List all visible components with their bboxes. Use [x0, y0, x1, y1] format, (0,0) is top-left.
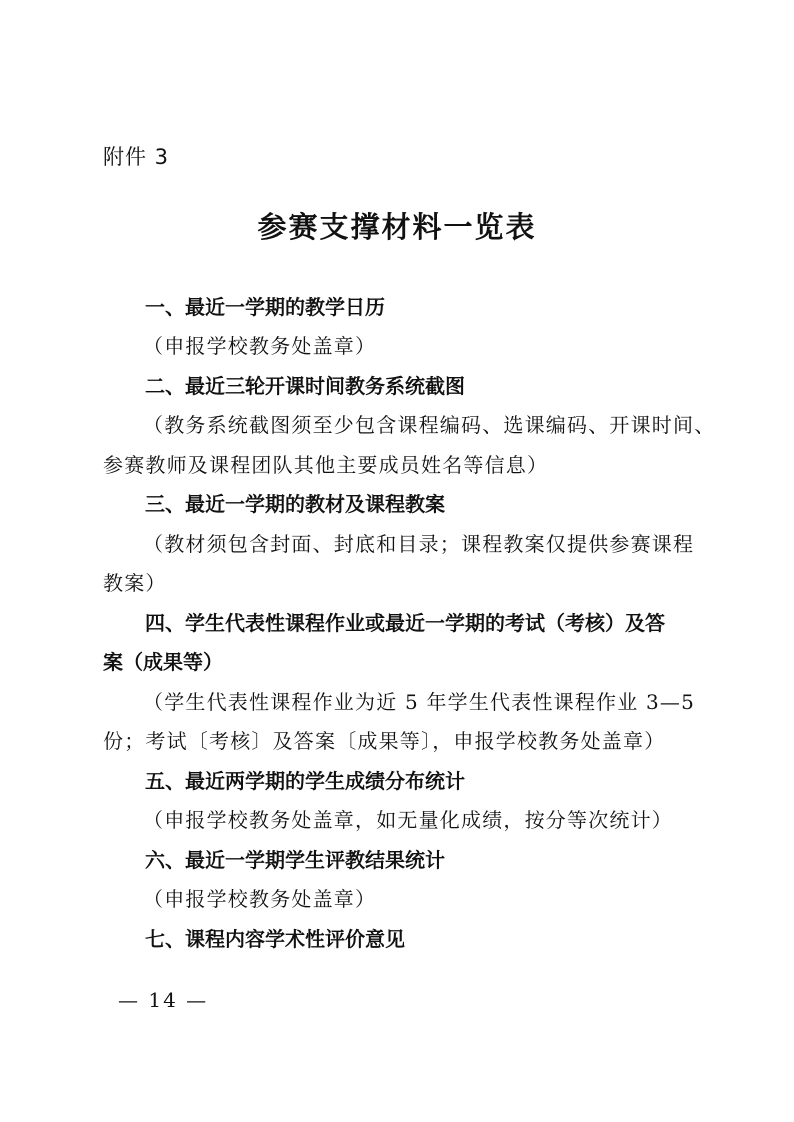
section-note-4-cont: 份；考试〔考核〕及答案〔成果等〕，申报学校教务处盖章）: [103, 726, 703, 756]
section-heading-1: 一、最近一学期的教学日历: [103, 292, 703, 322]
section-note-3-cont: 教案）: [103, 568, 703, 598]
section-heading-4: 四、学生代表性课程作业或最近一学期的考试（考核）及答: [103, 608, 703, 638]
section-heading-4-cont: 案（成果等）: [103, 647, 703, 677]
section-note-1: （申报学校教务处盖章）: [103, 331, 703, 361]
page-number: — 14 —: [118, 988, 208, 1012]
section-heading-6: 六、最近一学期学生评教结果统计: [103, 845, 703, 875]
section-note-2-cont: 参赛教师及课程团队其他主要成员姓名等信息）: [103, 450, 703, 480]
section-heading-7: 七、课程内容学术性评价意见: [103, 924, 703, 954]
document-page: 附件 3 参赛支撑材料一览表 一、最近一学期的教学日历 （申报学校教务处盖章） …: [0, 0, 794, 1122]
section-heading-3: 三、最近一学期的教材及课程教案: [103, 489, 703, 519]
section-heading-5: 五、最近两学期的学生成绩分布统计: [103, 766, 703, 796]
attachment-label: 附件 3: [103, 141, 169, 171]
section-note-4: （学生代表性课程作业为近 5 年学生代表性课程作业 3—5: [103, 687, 703, 717]
page-title: 参赛支撑材料一览表: [0, 205, 794, 246]
section-note-3: （教材须包含封面、封底和目录；课程教案仅提供参赛课程: [103, 529, 703, 559]
section-heading-2: 二、最近三轮开课时间教务系统截图: [103, 371, 703, 401]
section-note-2: （教务系统截图须至少包含课程编码、选课编码、开课时间、: [103, 410, 703, 440]
section-note-6: （申报学校教务处盖章）: [103, 884, 703, 914]
section-note-5: （申报学校教务处盖章，如无量化成绩，按分等次统计）: [103, 805, 703, 835]
